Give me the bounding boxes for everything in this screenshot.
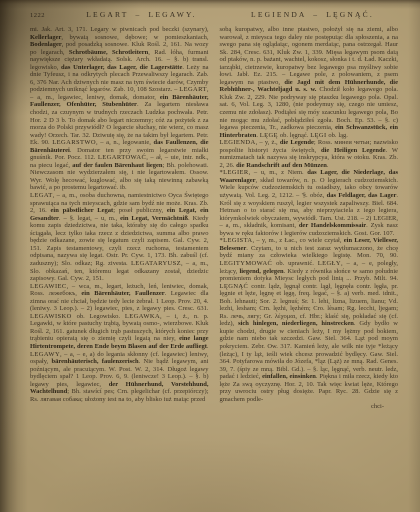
dictionary-paragraph: LEGIENDA, – y, ż., die Legende; Ross. ми… xyxy=(220,139,399,169)
catchword: chci- xyxy=(220,403,399,411)
guide-words-right: LEGIENDA – LĘGNĄĆ. xyxy=(227,10,398,19)
dictionary-paragraph: LEGAT, – a, m., osoba duchowna, namiestn… xyxy=(30,192,209,283)
dictionary-paragraph: *LEGISTA, – y, m., z Łac., co wiele czyt… xyxy=(220,237,399,403)
page-header: 1222 LEGART – LEGAWY. LEGIENDA – LĘGNĄĆ. xyxy=(0,0,420,19)
dictionary-paragraph: LEGAWIEC, – wca, m., legart, leżuch, leń… xyxy=(30,283,209,404)
dictionary-paragraph: *LEGIER, – u, m., z Niem. das Lager, die… xyxy=(220,169,399,237)
dictionary-paragraph: mi. Jak. Art. 3, 171. Legary w piwnicach… xyxy=(30,26,209,192)
page-number: 1222 xyxy=(30,12,56,19)
text-column-left: mi. Jak. Art. 3, 171. Legary w piwnicach… xyxy=(30,26,209,498)
dictionary-paragraph: sobą kuropatwy, albo inne ptastwo, położ… xyxy=(220,26,399,139)
dictionary-scan-page: 1222 LEGART – LEGAWY. LEGIENDA – LĘGNĄĆ.… xyxy=(0,0,420,512)
guide-words-left: LEGART – LEGAWY. xyxy=(56,10,227,19)
text-columns: mi. Jak. Art. 3, 171. Legary w piwnicach… xyxy=(0,19,420,498)
text-column-right-body: sobą kuropatwy, albo inne ptastwo, położ… xyxy=(220,26,399,403)
text-column-right: sobą kuropatwy, albo inne ptastwo, położ… xyxy=(220,26,399,498)
